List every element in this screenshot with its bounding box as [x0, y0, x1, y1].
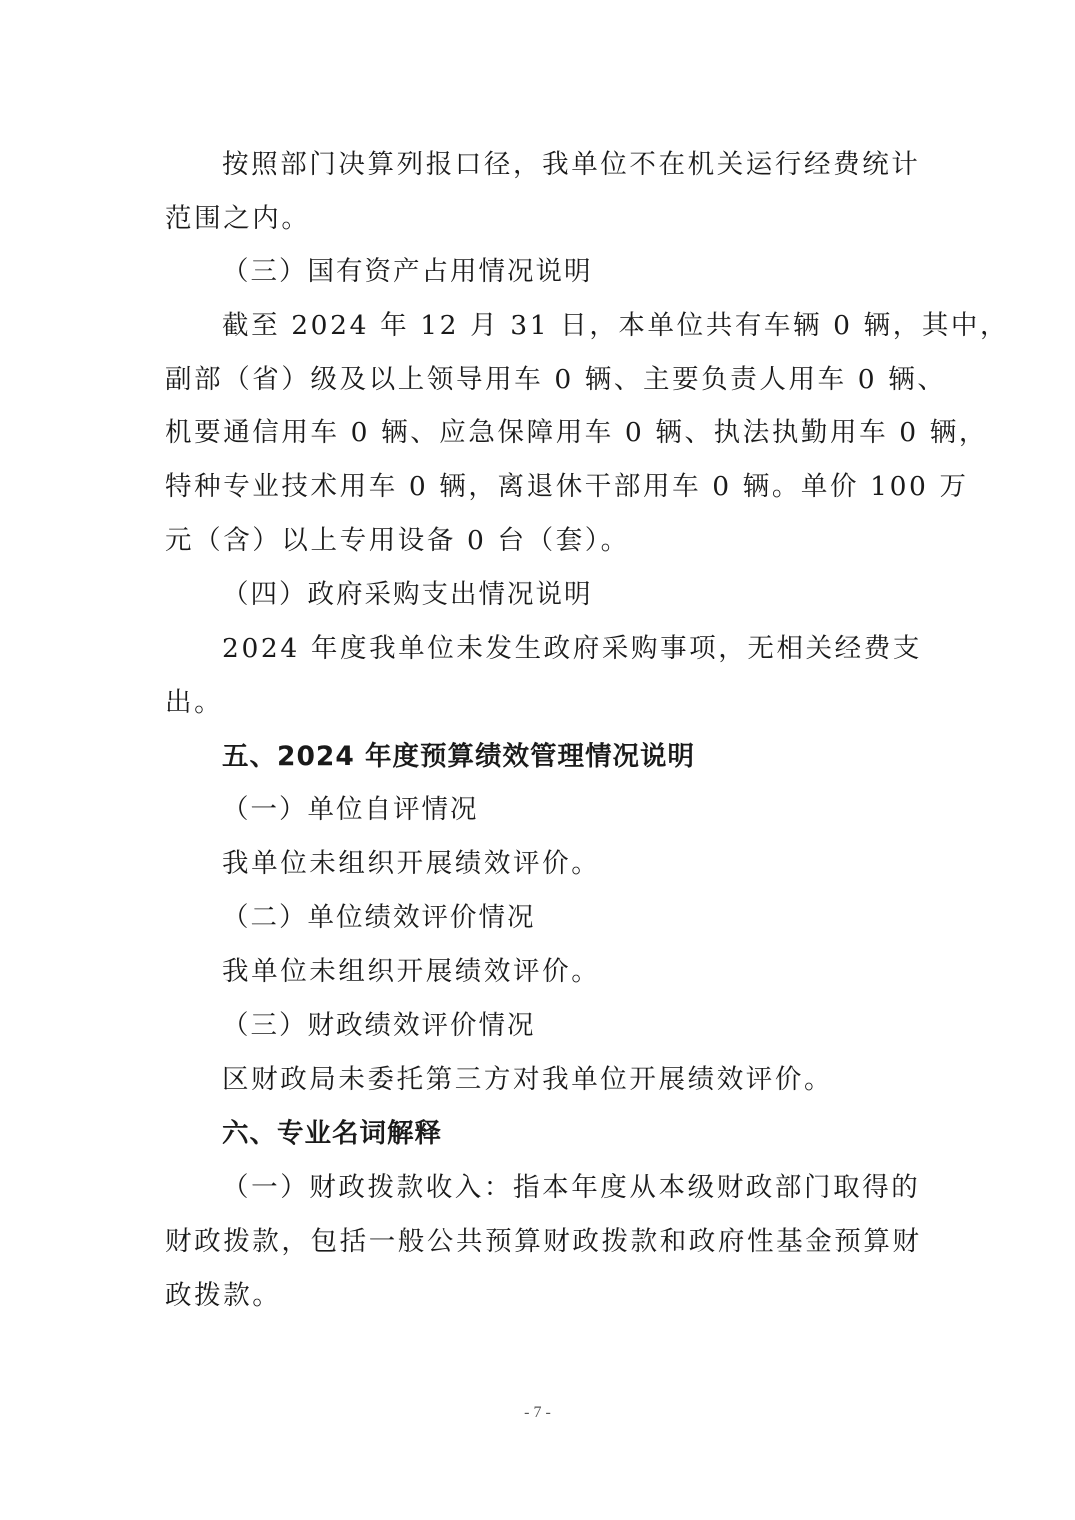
section-subheading: （四）政府采购支出情况说明: [222, 568, 913, 622]
paragraph-line: 机要通信用车 0 辆、应急保障用车 0 辆、执法执勤用车 0 辆，: [165, 406, 913, 460]
paragraph-line: 副部（省）级及以上领导用车 0 辆、主要负责人用车 0 辆、: [165, 353, 913, 407]
section-heading: 五、2024 年度预算绩效管理情况说明: [222, 730, 913, 784]
paragraph-line: 截至 2024 年 12 月 31 日，本单位共有车辆 0 辆，其中，: [222, 299, 913, 353]
paragraph-line: 我单位未组织开展绩效评价。: [222, 945, 913, 999]
page-number: - 7 -: [0, 1404, 1075, 1422]
paragraph-line: 按照部门决算列报口径，我单位不在机关运行经费统计: [222, 138, 913, 192]
paragraph-line: 政拨款。: [165, 1269, 913, 1323]
section-subheading: （三）财政绩效评价情况: [222, 999, 913, 1053]
paragraph-line: （一）财政拨款收入：指本年度从本级财政部门取得的: [222, 1161, 913, 1215]
paragraph-line: 元（含）以上专用设备 0 台（套）。: [165, 514, 913, 568]
paragraph-line: 2024 年度我单位未发生政府采购事项，无相关经费支: [222, 622, 913, 676]
paragraph-line: 范围之内。: [165, 192, 913, 246]
paragraph-line: 区财政局未委托第三方对我单位开展绩效评价。: [222, 1053, 913, 1107]
paragraph-line: 特种专业技术用车 0 辆，离退休干部用车 0 辆。单价 100 万: [165, 460, 913, 514]
section-subheading: （二）单位绩效评价情况: [222, 891, 913, 945]
paragraph-line: 我单位未组织开展绩效评价。: [222, 837, 913, 891]
section-heading: 六、专业名词解释: [222, 1107, 913, 1161]
section-subheading: （三）国有资产占用情况说明: [222, 245, 913, 299]
section-subheading: （一）单位自评情况: [222, 783, 913, 837]
paragraph-line: 出。: [165, 676, 913, 730]
paragraph-line: 财政拨款，包括一般公共预算财政拨款和政府性基金预算财: [165, 1215, 913, 1269]
